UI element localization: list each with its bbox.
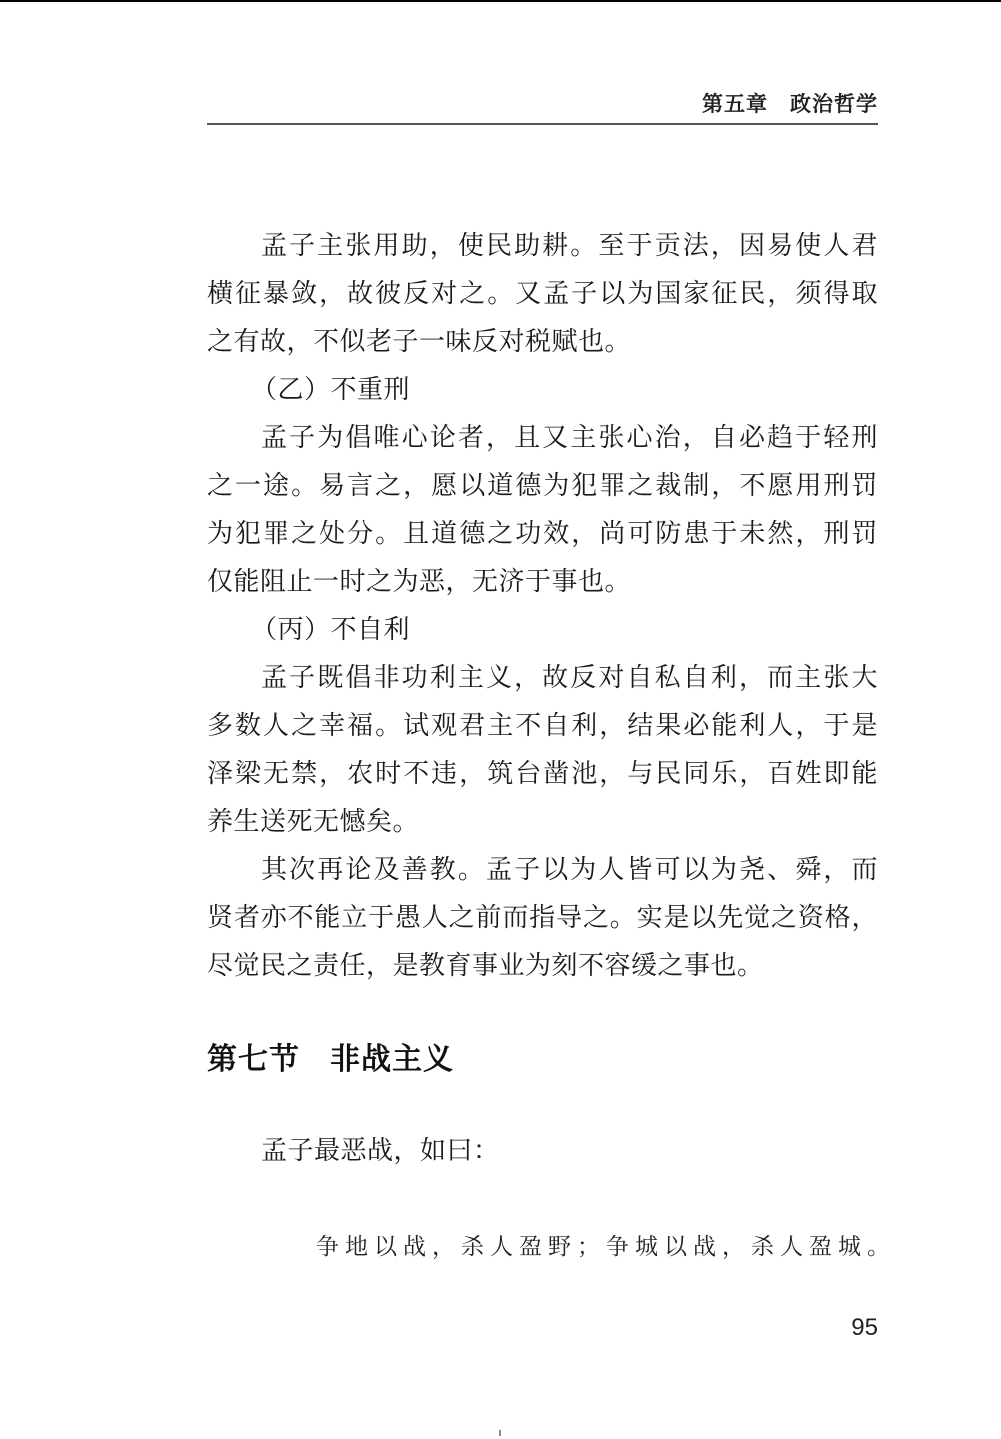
page-top-border — [0, 0, 1001, 2]
block-quote: 争地以战，杀人盈野；争城以战，杀人盈城。 — [316, 1228, 896, 1261]
chapter-number: 第五章 — [702, 92, 768, 116]
chapter-title: 政治哲学 — [790, 92, 878, 116]
subheading-bing: （丙）不自利 — [207, 606, 878, 654]
running-header: 第五章政治哲学 — [207, 88, 878, 118]
text-line: 横征暴敛，故彼反对之。又孟子以为国家征民，须得取 — [207, 270, 878, 318]
text-line: 之有故，不似老子一味反对税赋也。 — [207, 318, 878, 366]
text-line: 仅能阻止一时之为恶，无济于事也。 — [207, 558, 878, 606]
text-line: 之一途。易言之，愿以道德为犯罪之裁制，不愿用刑罚 — [207, 462, 878, 510]
text-line: 孟子既倡非功利主义，故反对自私自利，而主张大 — [207, 654, 878, 702]
section-heading: 第七节非战主义 — [207, 1034, 454, 1078]
text-line: 养生送死无憾矣。 — [207, 798, 878, 846]
quote-intro: 孟子最恶战，如曰： — [261, 1130, 500, 1167]
text-line: 尽觉民之责任，是教育事业为刻不容缓之事也。 — [207, 942, 878, 990]
body-text: 孟子主张用助，使民助耕。至于贡法，因易使人君 横征暴敛，故彼反对之。又孟子以为国… — [207, 222, 878, 990]
text-line: 孟子主张用助，使民助耕。至于贡法，因易使人君 — [207, 222, 878, 270]
text-line: 其次再论及善教。孟子以为人皆可以为尧、舜，而 — [207, 846, 878, 894]
paragraph-education: 其次再论及善教。孟子以为人皆可以为尧、舜，而 贤者亦不能立于愚人之前而指导之。实… — [207, 846, 878, 990]
text-line: 贤者亦不能立于愚人之前而指导之。实是以先觉之资格， — [207, 894, 878, 942]
text-line: 孟子为倡唯心论者，且又主张心治，自必趋于轻刑 — [207, 414, 878, 462]
paragraph-tax: 孟子主张用助，使民助耕。至于贡法，因易使人君 横征暴敛，故彼反对之。又孟子以为国… — [207, 222, 878, 366]
paragraph-self-interest: 孟子既倡非功利主义，故反对自私自利，而主张大 多数人之幸福。试观君主不自利，结果… — [207, 654, 878, 846]
header-rule — [207, 123, 878, 125]
text-line: 多数人之幸福。试观君主不自利，结果必能利人，于是 — [207, 702, 878, 750]
subheading-yi: （乙）不重刑 — [207, 366, 878, 414]
text-line: 为犯罪之处分。且道德之功效，尚可防患于未然，刑罚 — [207, 510, 878, 558]
section-title-text: 非战主义 — [330, 1042, 454, 1077]
section-number: 第七节 — [207, 1042, 300, 1077]
text-line: 泽梁无禁，农时不违，筑台凿池，与民同乐，百姓即能 — [207, 750, 878, 798]
paragraph-punishment: 孟子为倡唯心论者，且又主张心治，自必趋于轻刑 之一途。易言之，愿以道德为犯罪之裁… — [207, 414, 878, 606]
page-number: 95 — [820, 1314, 878, 1342]
crop-mark — [499, 1430, 501, 1436]
